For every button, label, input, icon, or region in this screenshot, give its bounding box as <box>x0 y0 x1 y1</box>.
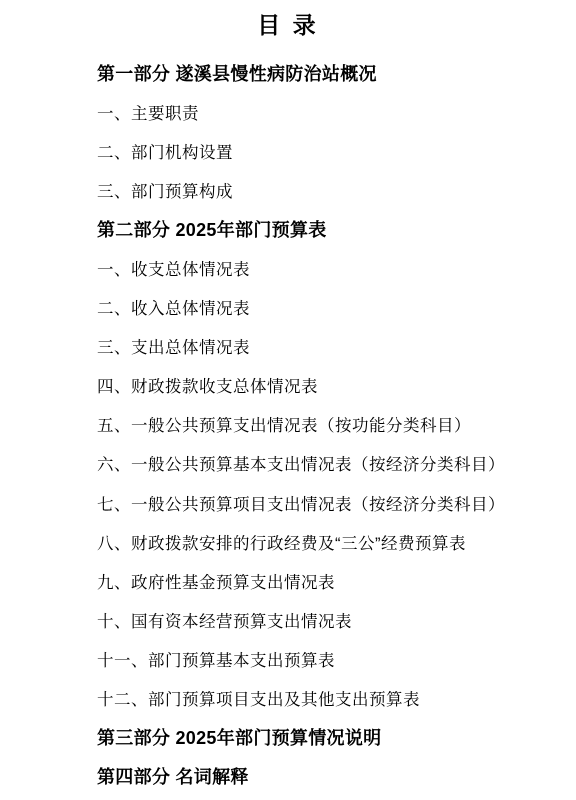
toc-entry: 一、收支总体情况表 <box>97 248 566 287</box>
toc-section-heading: 第三部分 2025年部门预算情况说明 <box>97 718 566 757</box>
toc-entry: 八、财政拨款安排的行政经费及“三公”经费预算表 <box>97 522 566 561</box>
page-title: 目 录 <box>0 7 576 40</box>
toc-entry: 七、一般公共预算项目支出情况表（按经济分类科目） <box>97 483 566 522</box>
toc-entry: 十二、部门预算项目支出及其他支出预算表 <box>97 679 566 718</box>
toc-section-heading: 第四部分 名词解释 <box>97 757 566 796</box>
toc-entry: 五、一般公共预算支出情况表（按功能分类科目） <box>97 405 566 444</box>
toc-entry: 二、收入总体情况表 <box>97 288 566 327</box>
toc-entry: 六、一般公共预算基本支出情况表（按经济分类科目） <box>97 444 566 483</box>
toc-entry: 四、财政拨款收支总体情况表 <box>97 366 566 405</box>
toc-entry: 一、主要职责 <box>97 92 566 131</box>
toc-entry: 三、部门预算构成 <box>97 170 566 209</box>
toc-section-heading: 第二部分 2025年部门预算表 <box>97 209 566 248</box>
toc-entry: 十、国有资本经营预算支出情况表 <box>97 600 566 639</box>
toc-entry: 九、政府性基金预算支出情况表 <box>97 561 566 600</box>
toc-entry: 二、部门机构设置 <box>97 131 566 170</box>
toc-entry: 十一、部门预算基本支出预算表 <box>97 639 566 678</box>
toc-section-heading: 第一部分 遂溪县慢性病防治站概况 <box>97 53 566 92</box>
toc-entry: 三、支出总体情况表 <box>97 327 566 366</box>
toc-list: 第一部分 遂溪县慢性病防治站概况一、主要职责二、部门机构设置三、部门预算构成第二… <box>97 53 566 796</box>
document-page: 目 录 第一部分 遂溪县慢性病防治站概况一、主要职责二、部门机构设置三、部门预算… <box>0 0 576 800</box>
